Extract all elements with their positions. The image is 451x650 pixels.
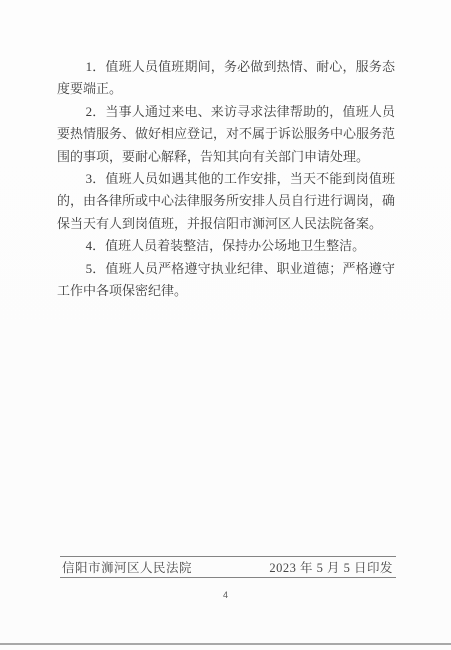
page-number: 4: [0, 590, 451, 600]
paragraph-4: 4．值班人员着装整洁，保持办公场地卫生整洁。: [57, 235, 395, 257]
document-page: { "document": { "paragraphs": [ "1．值班人员值…: [0, 0, 451, 650]
page-bottom-edge: [0, 643, 451, 645]
footer-issuer: 信阳市浉河区人民法院: [62, 558, 192, 576]
footer-issue-date: 2023 年 5 月 5 日印发: [269, 558, 393, 576]
scanned-page-background: 1．值班人员值班期间，务必做到热情、耐心，服务态度要端正。 2．当事人通过来电、…: [0, 0, 451, 650]
paragraph-2: 2．当事人通过来电、来访寻求法律帮助的，值班人员要热情服务、做好相应登记，对不属…: [57, 101, 395, 168]
paragraph-3: 3．值班人员如遇其他的工作安排，当天不能到岗值班的，由各律所或中心法律服务所安排…: [57, 168, 395, 235]
footer-colophon: 信阳市浉河区人民法院 2023 年 5 月 5 日印发: [60, 556, 396, 578]
paragraph-5: 5．值班人员严格遵守执业纪律、职业道德；严格遵守工作中各项保密纪律。: [57, 258, 395, 303]
paragraph-1: 1．值班人员值班期间，务必做到热情、耐心，服务态度要端正。: [57, 56, 395, 101]
body-text: 1．值班人员值班期间，务必做到热情、耐心，服务态度要端正。 2．当事人通过来电、…: [57, 56, 395, 302]
